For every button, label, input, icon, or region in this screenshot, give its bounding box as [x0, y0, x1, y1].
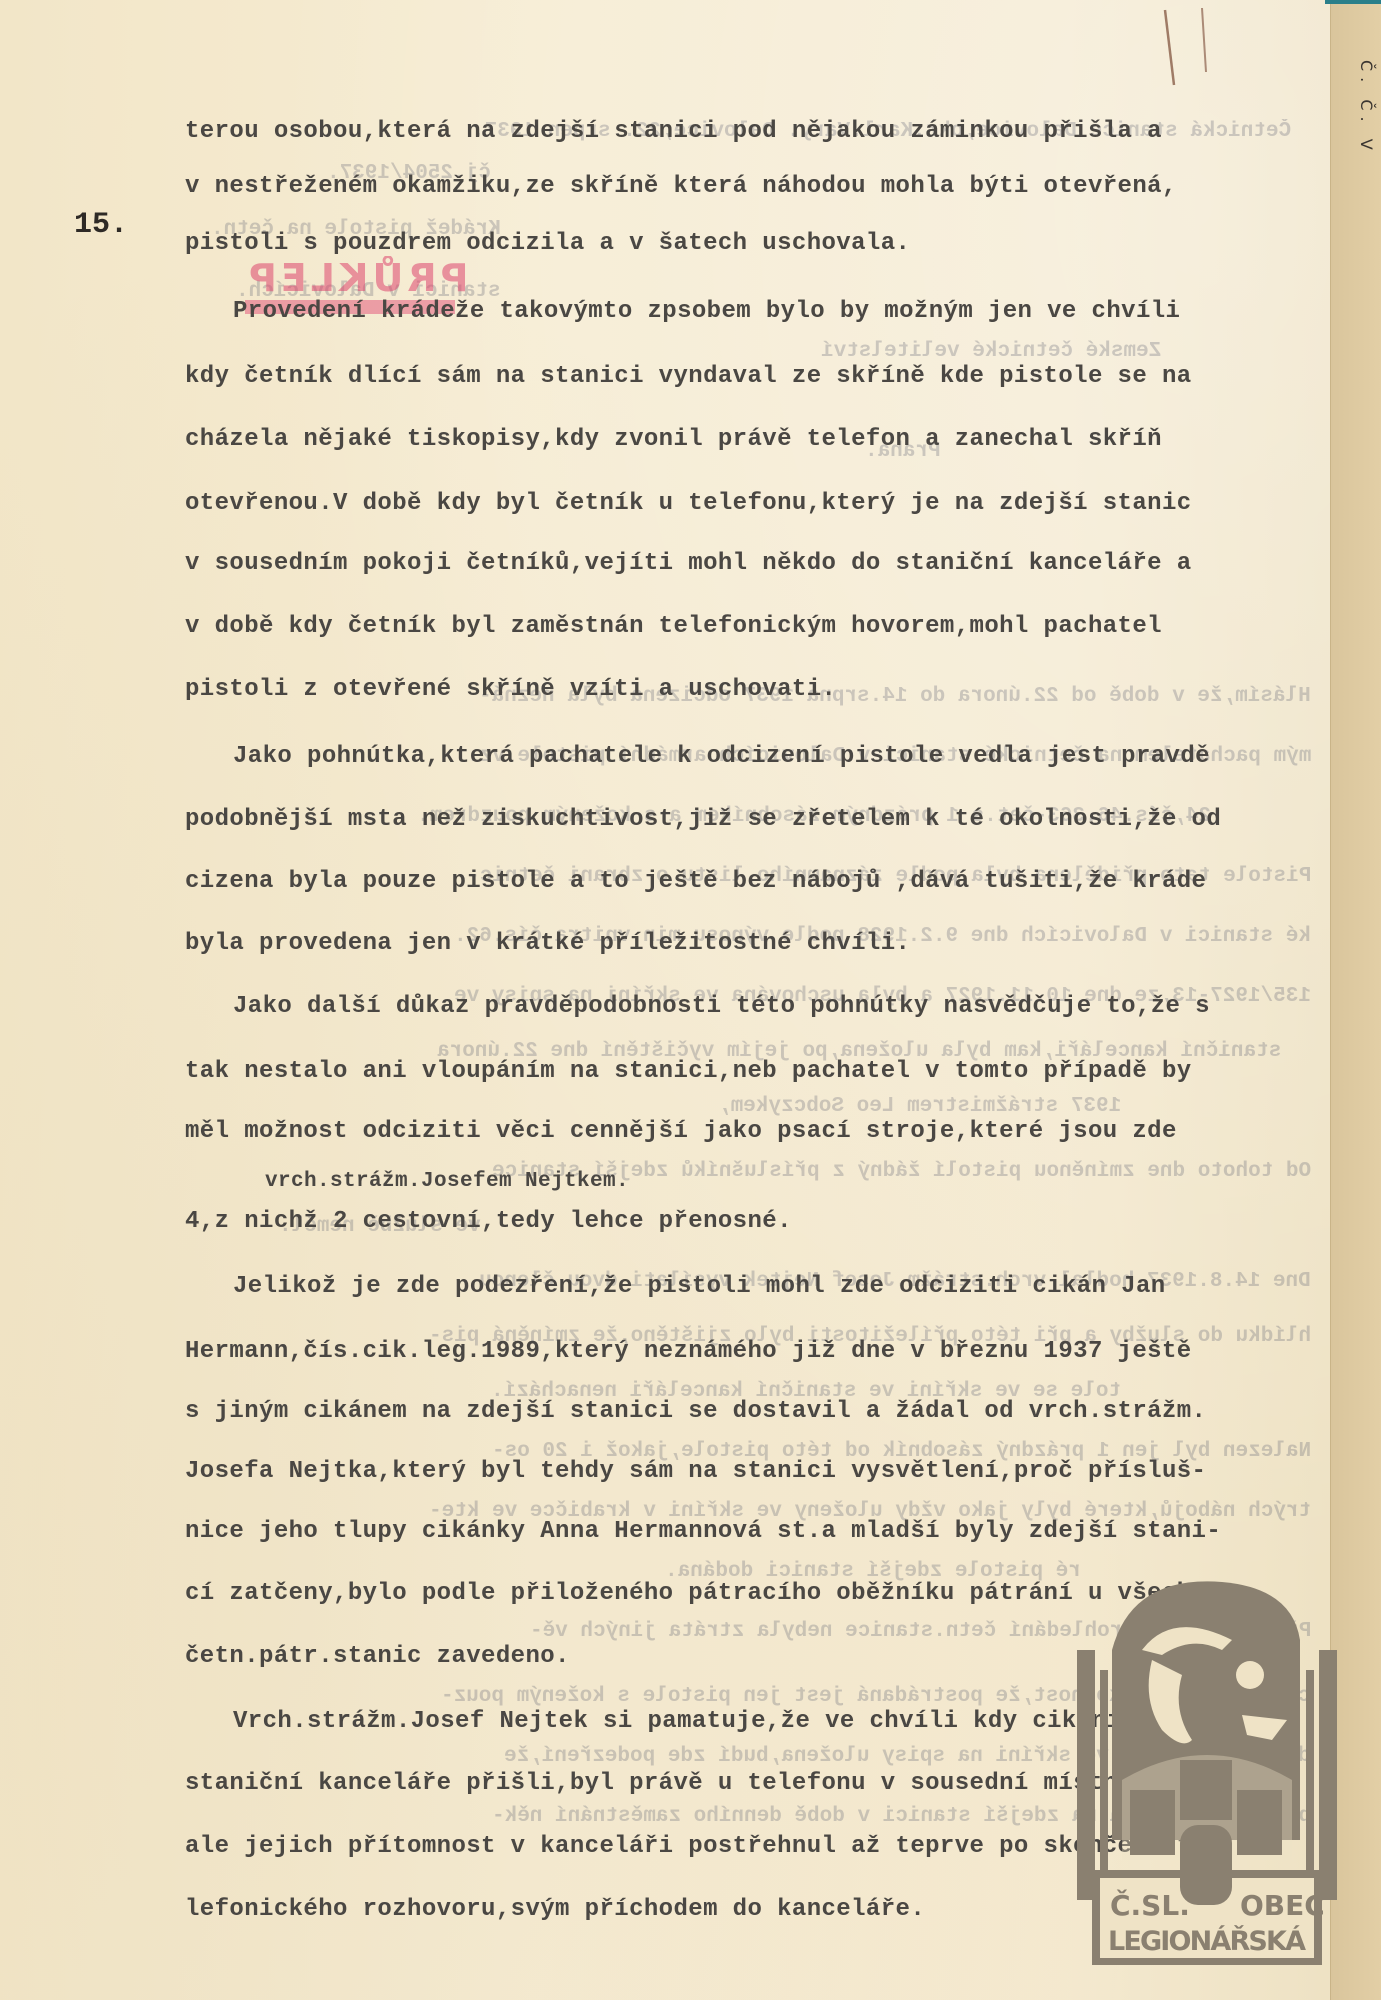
text-line: s jiným cikánem na zdejší stanici se dos… — [185, 1398, 1206, 1425]
text-line: Josefa Nejtka,který byl tehdy sám na sta… — [185, 1458, 1206, 1485]
text-line: četn.pátr.stanic zavedeno. — [185, 1643, 570, 1670]
text-line: pistoli s pouzdrem odcizila a v šatech u… — [185, 230, 910, 257]
text-line: pistoli z otevřené skříně vzíti a uschov… — [185, 676, 836, 703]
text-line: Hermann,čís.cik.leg.1989,který neznámého… — [185, 1338, 1192, 1365]
text-line: cí zatčeny,bylo podle přiloženého pátrac… — [185, 1580, 1192, 1607]
text-line: Jako další důkaz pravděpodobnosti této p… — [233, 993, 1210, 1020]
text-line: Vrch.strážm.Josef Nejtek si pamatuje,že … — [233, 1708, 1166, 1735]
folder-edge-band — [1325, 0, 1381, 4]
text-line: terou osobou,která na zdejší stanici pod… — [185, 118, 1162, 145]
text-line: v sousedním pokoji četníků,vejíti mohl n… — [185, 550, 1192, 577]
text-line: otevřenou.V době kdy byl četník u telefo… — [185, 490, 1192, 517]
text-line: cizena byla pouze pistole a to ještě bez… — [185, 868, 1206, 895]
folder-edge-label: Č. Č. V — [1352, 60, 1376, 156]
text-line: Jelikož je zde podezření,že pistoli mohl… — [233, 1273, 1166, 1300]
text-line: lefonického rozhovoru,svým příchodem do … — [185, 1896, 925, 1923]
text-line: kdy četník dlící sám na stanici vyndaval… — [185, 363, 1192, 390]
text-line: v nestřeženém okamžiku,ze skříně která n… — [185, 173, 1177, 200]
svg-text:OBEC: OBEC — [1240, 1889, 1325, 1922]
text-line: tak nestalo ani vloupáním na stanici,neb… — [185, 1058, 1192, 1085]
text-line: Provedení krádeže takovýmto zpsobem bylo… — [233, 298, 1180, 325]
bleed-through-line: 1937 strážmistrem Leo Sobczykem, — [718, 1095, 1121, 1118]
pencil-mark-icon — [1160, 0, 1220, 90]
text-line: 4,z nichž 2 cestovní,tedy lehce přenosné… — [185, 1208, 792, 1235]
text-line: cházela nějaké tiskopisy,kdy zvonil práv… — [185, 426, 1162, 453]
text-line: Jako pohnútka,která pachatele k odcizení… — [233, 743, 1210, 770]
text-line: měl možnost odciziti věci cennější jako … — [185, 1118, 1177, 1145]
text-line: ale jejich přítomnost v kanceláři postře… — [185, 1833, 1206, 1860]
text-line: v době kdy četník byl zaměstnán telefoni… — [185, 613, 1162, 640]
page-margin-number: 15. — [74, 208, 128, 242]
text-line: byla provedena jen v krátké příležitostn… — [185, 930, 910, 957]
text-line: nice jeho tlupy cikánky Anna Hermannová … — [185, 1518, 1221, 1545]
carbon-copy-stamp: PRŮKLEP — [245, 256, 468, 300]
text-line: podobnější msta než ziskuchtivost,již se… — [185, 806, 1221, 833]
svg-text:LEGIONÁŘSKÁ: LEGIONÁŘSKÁ — [1108, 1925, 1306, 1957]
svg-text:Č.SL.: Č.SL. — [1110, 1888, 1190, 1922]
legion-logo-icon: Č.SL. OBEC LEGIONÁŘSKÁ — [1072, 1580, 1342, 1970]
text-line: vrch.strážm.Josefem Nejtkem. — [265, 1170, 629, 1193]
bleed-through-line: Zemské četnické velitelství — [821, 340, 1161, 363]
text-line: staniční kanceláře přišli,byl právě u te… — [185, 1770, 1192, 1797]
